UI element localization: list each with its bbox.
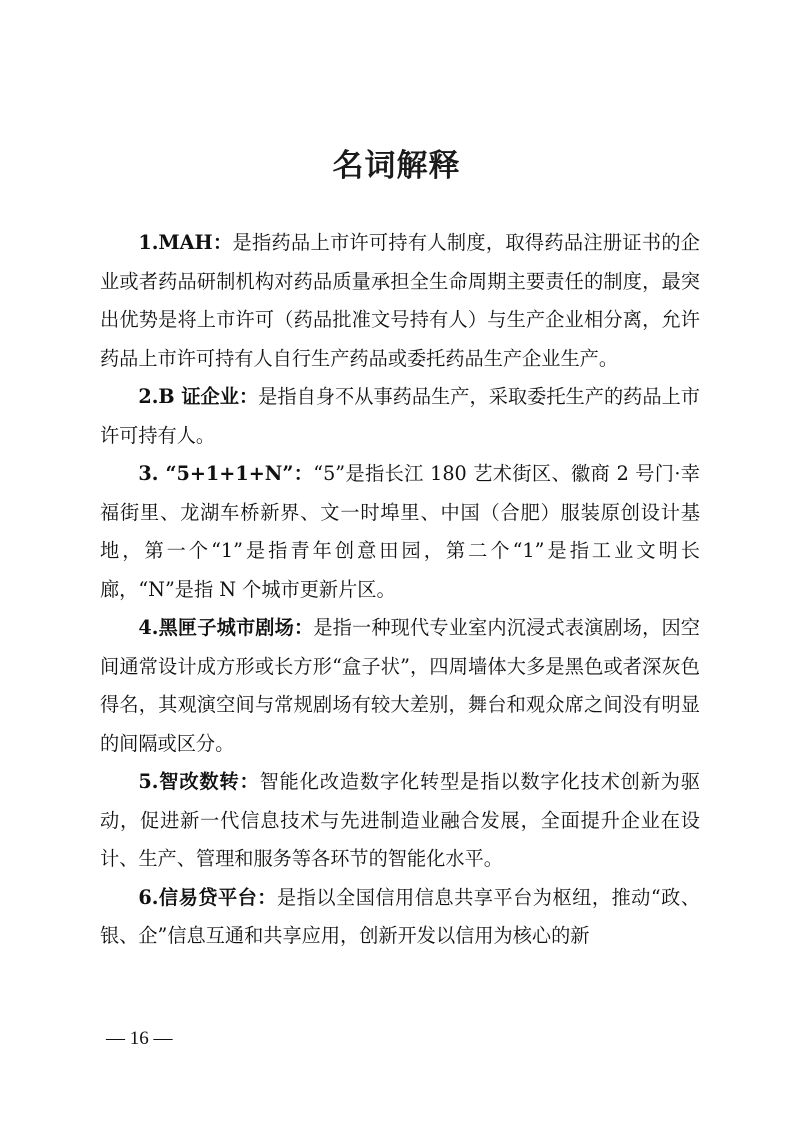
page-number: — 16 — (106, 1028, 173, 1050)
page-title: 名词解释 (0, 140, 793, 185)
entry-term: 6.信易贷平台： (138, 886, 277, 909)
glossary-entry-smart-digital-transformation: 5.智改数转：智能化改造数字化转型是指以数字化技术创新为驱动，促进新一代信息技术… (100, 763, 700, 879)
entry-term: 1.MAH： (138, 231, 232, 254)
entry-term: 2.B 证企业： (138, 385, 258, 408)
glossary-entry-5-1-1-n: 3. “5+1+1+N”：“5”是指长江 180 艺术街区、徽商 2 号门·幸福… (100, 455, 700, 609)
glossary-entry-black-box-theater: 4.黑匣子城市剧场：是指一种现代专业室内沉浸式表演剧场，因空间通常设计成方形或长… (100, 609, 700, 763)
entry-term: 3. “5+1+1+N”： (138, 462, 313, 485)
glossary-entry-b-certificate: 2.B 证企业：是指自身不从事药品生产，采取委托生产的药品上市许可持有人。 (100, 378, 700, 455)
glossary-entry-credit-loan-platform: 6.信易贷平台：是指以全国信用信息共享平台为枢纽，推动“政、银、企”信息互通和共… (100, 879, 700, 956)
glossary-entry-mah: 1.MAH：是指药品上市许可持有人制度，取得药品注册证书的企业或者药品研制机构对… (100, 224, 700, 378)
glossary-body: 1.MAH：是指药品上市许可持有人制度，取得药品注册证书的企业或者药品研制机构对… (100, 224, 700, 956)
entry-term: 5.智改数转： (138, 770, 259, 793)
entry-term: 4.黑匣子城市剧场： (138, 616, 313, 639)
